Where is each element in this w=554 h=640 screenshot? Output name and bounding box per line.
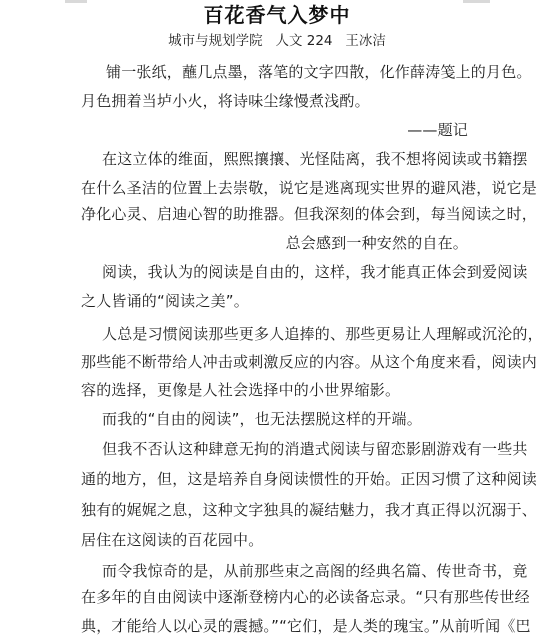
body-line: 那些能不断带给人冲击或刺激反应的内容。从这个角度来看，阅读内 <box>81 352 537 372</box>
document-page: 百花香气入梦中 城市与规划学院 人文 224 王冰洁 铺一张纸，蘸几点墨，落笔的… <box>0 0 554 640</box>
epigraph-attribution: ——题记 <box>407 120 468 140</box>
author-byline: 城市与规划学院 人文 224 王冰洁 <box>0 32 554 50</box>
body-line: 总会感到一种安然的自在。 <box>286 233 468 253</box>
body-line: 而我的“自由的阅读”，也无法摆脱这样的开端。 <box>102 409 422 429</box>
body-line: 在多年的自由阅读中逐渐登榜内心的必读备忘录。“只有那些传世经 <box>81 587 530 607</box>
body-line: 人总是习惯阅读那些更多人追捧的、那些更易让人理解或沉沦的， <box>102 324 543 344</box>
body-line: 独有的娓娓之息，这种文字独具的凝结魅力，我才真正得以沉溺于、 <box>81 500 537 520</box>
body-line: 净化心灵、启迪心智的助推器。但我深刻的体会到，每当阅读之时， <box>81 204 537 224</box>
body-line: 而令我惊奇的是，从前那些束之高阁的经典名篇、传世奇书，竟 <box>102 561 528 581</box>
body-line: 居住在这阅读的百花园中。 <box>81 530 263 550</box>
epigraph-line: 铺一张纸，蘸几点墨，落笔的文字四散，化作薛涛笺上的月色。 <box>106 62 532 82</box>
body-line: 之人皆诵的“阅读之美”。 <box>81 291 249 311</box>
body-line: 典，才能给人以心灵的震撼。”“它们，是人类的瑰宝。”从前听闻《巴 <box>81 616 531 636</box>
body-line: 在什么圣洁的位置上去崇敬，说它是逃离现实世界的避风港，说它是 <box>81 178 537 198</box>
document-title: 百花香气入梦中 <box>0 3 554 27</box>
body-line: 阅读，我认为的阅读是自由的，这样，我才能真正体会到爱阅读 <box>102 262 528 282</box>
body-line: 但我不否认这种肆意无拘的消遣式阅读与留恋影剧游戏有一些共 <box>102 439 528 459</box>
body-line: 通的地方，但，这是培养自身阅读惯性的开始。正因习惯了这种阅读 <box>81 469 537 489</box>
body-line: 容的选择，更像是人社会选择中的小世界缩影。 <box>81 380 400 400</box>
epigraph-line: 月色拥着当垆小火，将诗味尘缘慢煮浅酌。 <box>81 91 370 111</box>
body-line: 在这立体的维面，熙熙攘攘、光怪陆离，我不想将阅读或书籍摆 <box>102 149 528 169</box>
